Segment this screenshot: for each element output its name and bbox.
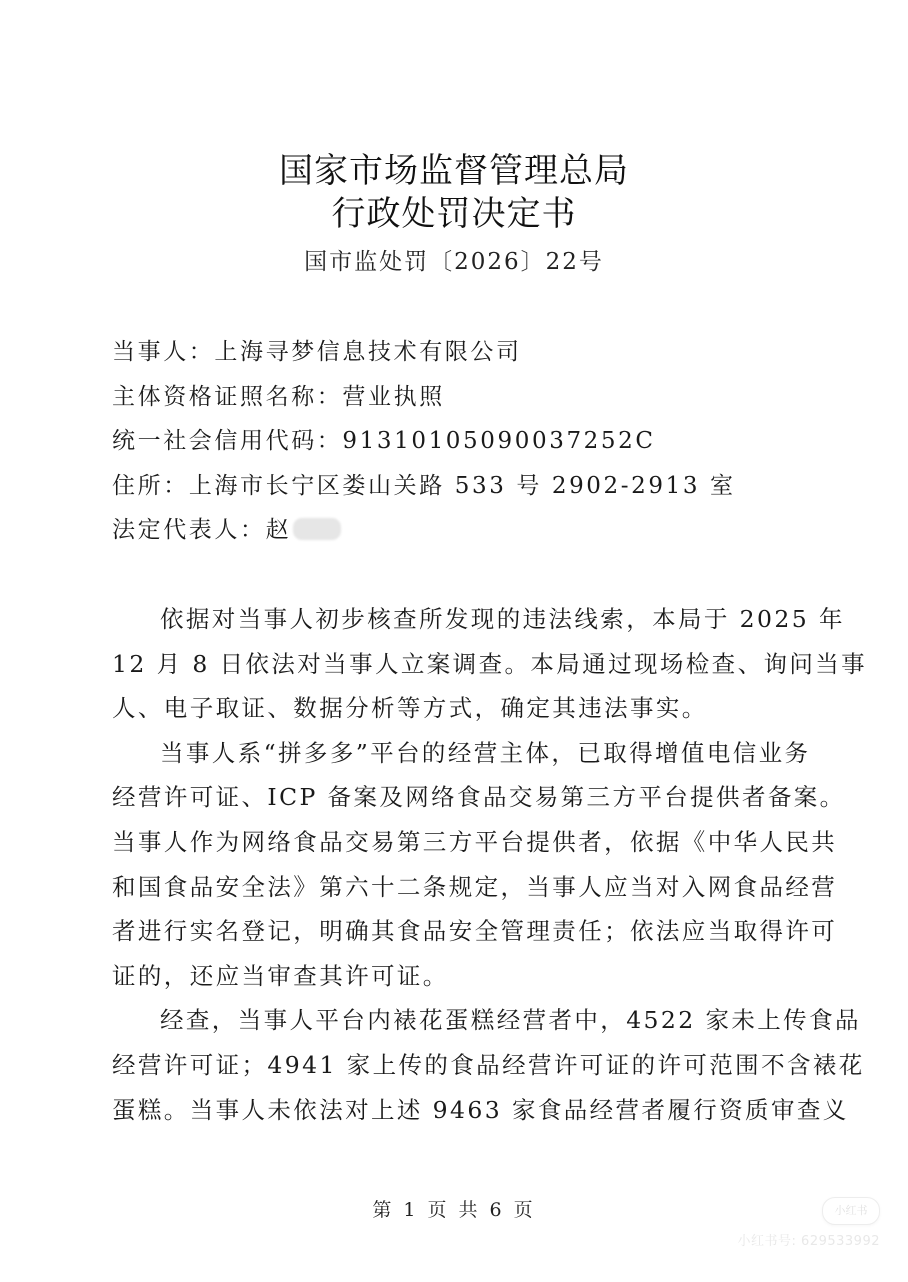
- body-line: 经查，当事人平台内裱花蛋糕经营者中，4522 家未上传食品: [112, 1002, 802, 1047]
- body-line: 依据对当事人初步核查所发现的违法线索，本局于 2025 年: [112, 601, 802, 646]
- body-line: 12 月 8 日依法对当事人立案调查。本局通过现场检查、询问当事: [112, 646, 802, 691]
- body-line: 蛋糕。当事人未依法对上述 9463 家食品经营者履行资质审查义: [112, 1092, 802, 1137]
- body-line: 当事人作为网络食品交易第三方平台提供者，依据《中华人民共: [112, 824, 802, 869]
- party-name-row: 当事人：上海寻梦信息技术有限公司: [112, 334, 812, 379]
- document-number: 国市监处罚〔2026〕22号: [0, 246, 908, 278]
- body-line: 和国食品安全法》第六十二条规定，当事人应当对入网食品经营: [112, 869, 802, 914]
- party-name-label: 当事人：: [112, 339, 214, 365]
- address-label: 住所：: [112, 473, 189, 499]
- party-info-block: 当事人：上海寻梦信息技术有限公司 主体资格证照名称：营业执照 统一社会信用代码：…: [112, 334, 812, 557]
- credit-code-row: 统一社会信用代码：91310105090037252C: [112, 423, 812, 468]
- address-row: 住所：上海市长宁区娄山关路 533 号 2902-2913 室: [112, 468, 812, 513]
- license-type-label: 主体资格证照名称：: [112, 384, 342, 410]
- body-line: 人、电子取证、数据分析等方式，确定其违法事实。: [112, 690, 802, 735]
- body-line: 证的，还应当审查其许可证。: [112, 958, 802, 1003]
- body-line: 当事人系“拼多多”平台的经营主体，已取得增值电信业务: [112, 735, 802, 780]
- decision-body: 依据对当事人初步核查所发现的违法线索，本局于 2025 年 12 月 8 日依法…: [112, 601, 802, 1136]
- body-line: 经营许可证、ICP 备案及网络食品交易第三方平台提供者备案。: [112, 779, 802, 824]
- address-value: 上海市长宁区娄山关路 533 号 2902-2913 室: [189, 473, 736, 499]
- body-line: 者进行实名登记，明确其食品安全管理责任；依法应当取得许可: [112, 913, 802, 958]
- credit-code-value: 91310105090037252C: [342, 428, 655, 454]
- document-type-title: 行政处罚决定书: [0, 193, 908, 235]
- legal-representative-label: 法定代表人：: [112, 517, 266, 543]
- page-number: 第 1 页 共 6 页: [0, 1196, 908, 1224]
- watermark-id: 小红书号: 629533992: [700, 1232, 880, 1252]
- body-line: 经营许可证；4941 家上传的食品经营许可证的许可范围不含裱花: [112, 1047, 802, 1092]
- license-type-value: 营业执照: [342, 384, 444, 410]
- watermark-logo-icon: 小红书: [822, 1197, 880, 1225]
- license-type-row: 主体资格证照名称：营业执照: [112, 379, 812, 424]
- credit-code-label: 统一社会信用代码：: [112, 428, 342, 454]
- redaction-blur: [293, 518, 341, 540]
- legal-representative-value: 赵: [266, 517, 292, 543]
- issuing-authority-title: 国家市场监督管理总局: [0, 150, 908, 192]
- legal-representative-row: 法定代表人：赵: [112, 512, 812, 557]
- party-name-value: 上海寻梦信息技术有限公司: [214, 339, 521, 365]
